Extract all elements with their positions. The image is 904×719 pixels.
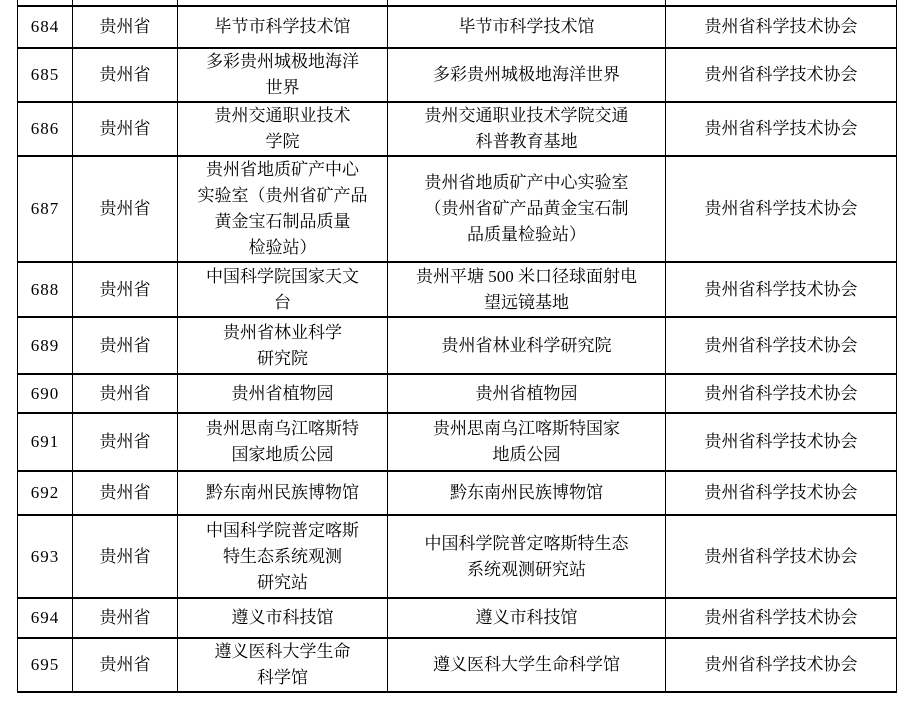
row-number-cell: 691 [18,413,73,471]
recommender-cell: 贵州省科学技术协会 [666,48,897,102]
province-cell: 贵州省 [73,48,178,102]
table-row: 693 贵州省 中国科学院普定喀斯 特生态系统观测 研究站 中国科学院普定喀斯特… [18,515,897,598]
province-cell: 贵州省 [73,6,178,48]
base-name-cell: 毕节市科学技术馆 [388,6,666,48]
science-base-table: 684 贵州省 毕节市科学技术馆 毕节市科学技术馆 贵州省科学技术协会 685 … [17,0,897,693]
base-name-cell: 遵义市科技馆 [388,598,666,638]
base-name-cell: 遵义医科大学生命科学馆 [388,638,666,692]
institution-cell: 多彩贵州城极地海洋 世界 [178,48,388,102]
province-cell: 贵州省 [73,156,178,262]
base-name-cell: 贵州交通职业技术学院交通 科普教育基地 [388,102,666,156]
table-row: 690 贵州省 贵州省植物园 贵州省植物园 贵州省科学技术协会 [18,374,897,413]
recommender-cell: 贵州省科学技术协会 [666,515,897,598]
province-cell: 贵州省 [73,374,178,413]
recommender-cell: 贵州省科学技术协会 [666,102,897,156]
table-row: 685 贵州省 多彩贵州城极地海洋 世界 多彩贵州城极地海洋世界 贵州省科学技术… [18,48,897,102]
row-number-cell: 694 [18,598,73,638]
table-row: 691 贵州省 贵州思南乌江喀斯特 国家地质公园 贵州思南乌江喀斯特国家 地质公… [18,413,897,471]
base-name-cell: 贵州思南乌江喀斯特国家 地质公园 [388,413,666,471]
row-number-cell: 690 [18,374,73,413]
recommender-cell: 贵州省科学技术协会 [666,156,897,262]
institution-cell: 贵州省地质矿产中心 实验室（贵州省矿产品 黄金宝石制品质量 检验站） [178,156,388,262]
table-row: 687 贵州省 贵州省地质矿产中心 实验室（贵州省矿产品 黄金宝石制品质量 检验… [18,156,897,262]
recommender-cell: 贵州省科学技术协会 [666,262,897,317]
row-number-cell: 685 [18,48,73,102]
base-name-cell: 多彩贵州城极地海洋世界 [388,48,666,102]
province-cell: 贵州省 [73,317,178,374]
recommender-cell: 贵州省科学技术协会 [666,471,897,515]
row-number-cell: 686 [18,102,73,156]
base-name-cell: 贵州省地质矿产中心实验室 （贵州省矿产品黄金宝石制 品质量检验站） [388,156,666,262]
base-name-cell: 贵州省植物园 [388,374,666,413]
base-name-cell: 黔东南州民族博物馆 [388,471,666,515]
table-row: 684 贵州省 毕节市科学技术馆 毕节市科学技术馆 贵州省科学技术协会 [18,6,897,48]
recommender-cell: 贵州省科学技术协会 [666,6,897,48]
row-number-cell: 695 [18,638,73,692]
table-row: 695 贵州省 遵义医科大学生命 科学馆 遵义医科大学生命科学馆 贵州省科学技术… [18,638,897,692]
province-cell: 贵州省 [73,515,178,598]
institution-cell: 黔东南州民族博物馆 [178,471,388,515]
province-cell: 贵州省 [73,413,178,471]
document-page: 684 贵州省 毕节市科学技术馆 毕节市科学技术馆 贵州省科学技术协会 685 … [0,0,904,719]
base-name-cell: 贵州平塘 500 米口径球面射电 望远镜基地 [388,262,666,317]
table-row: 692 贵州省 黔东南州民族博物馆 黔东南州民族博物馆 贵州省科学技术协会 [18,471,897,515]
base-name-cell: 贵州省林业科学研究院 [388,317,666,374]
institution-cell: 遵义市科技馆 [178,598,388,638]
recommender-cell: 贵州省科学技术协会 [666,598,897,638]
table-row: 686 贵州省 贵州交通职业技术 学院 贵州交通职业技术学院交通 科普教育基地 … [18,102,897,156]
province-cell: 贵州省 [73,638,178,692]
row-number-cell: 688 [18,262,73,317]
institution-cell: 中国科学院国家天文 台 [178,262,388,317]
province-cell: 贵州省 [73,102,178,156]
base-name-cell: 中国科学院普定喀斯特生态 系统观测研究站 [388,515,666,598]
recommender-cell: 贵州省科学技术协会 [666,638,897,692]
recommender-cell: 贵州省科学技术协会 [666,374,897,413]
row-number-cell: 684 [18,6,73,48]
institution-cell: 贵州思南乌江喀斯特 国家地质公园 [178,413,388,471]
table-row: 688 贵州省 中国科学院国家天文 台 贵州平塘 500 米口径球面射电 望远镜… [18,262,897,317]
institution-cell: 贵州省植物园 [178,374,388,413]
row-number-cell: 689 [18,317,73,374]
row-number-cell: 693 [18,515,73,598]
province-cell: 贵州省 [73,471,178,515]
province-cell: 贵州省 [73,598,178,638]
institution-cell: 贵州省林业科学 研究院 [178,317,388,374]
table-row: 689 贵州省 贵州省林业科学 研究院 贵州省林业科学研究院 贵州省科学技术协会 [18,317,897,374]
row-number-cell: 692 [18,471,73,515]
institution-cell: 贵州交通职业技术 学院 [178,102,388,156]
table-row: 694 贵州省 遵义市科技馆 遵义市科技馆 贵州省科学技术协会 [18,598,897,638]
institution-cell: 遵义医科大学生命 科学馆 [178,638,388,692]
institution-cell: 中国科学院普定喀斯 特生态系统观测 研究站 [178,515,388,598]
recommender-cell: 贵州省科学技术协会 [666,413,897,471]
recommender-cell: 贵州省科学技术协会 [666,317,897,374]
province-cell: 贵州省 [73,262,178,317]
institution-cell: 毕节市科学技术馆 [178,6,388,48]
row-number-cell: 687 [18,156,73,262]
